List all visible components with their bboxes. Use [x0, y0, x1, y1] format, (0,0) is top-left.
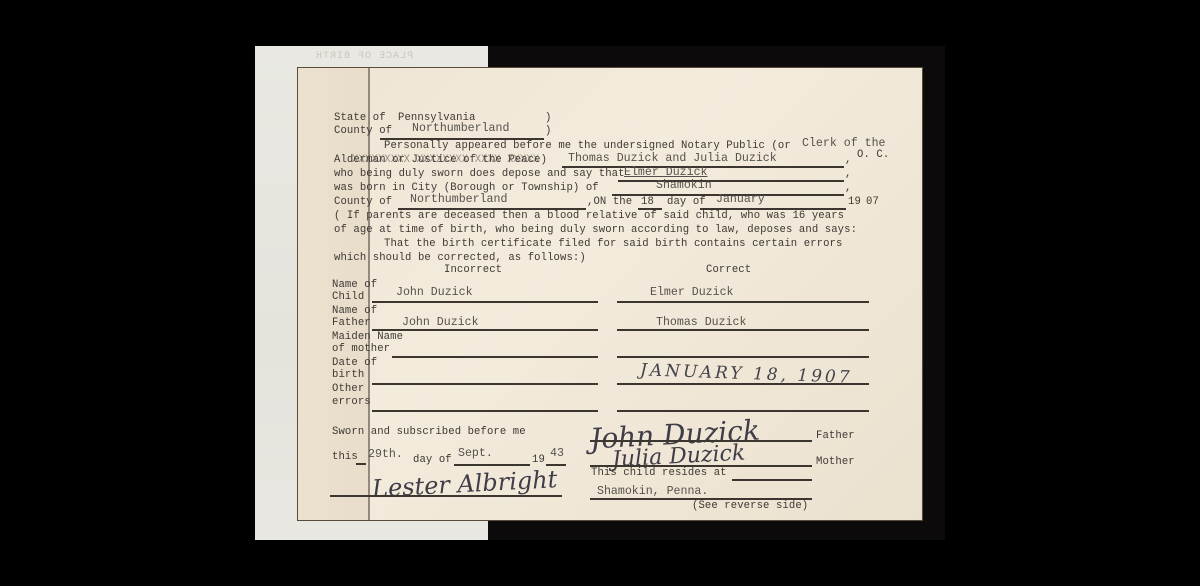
- birth-month: January: [716, 193, 765, 206]
- correct-underline: [617, 356, 869, 358]
- father-label: Father: [816, 430, 855, 442]
- mother-label: Mother: [816, 456, 855, 468]
- year-prefix: 19: [848, 196, 861, 208]
- deponents-names: Thomas Duzick and Julia Duzick: [568, 152, 777, 165]
- column-header-correct: Correct: [706, 264, 751, 276]
- comma: ,: [845, 154, 851, 166]
- row-label-line-2: errors: [332, 396, 371, 408]
- correct-underline: [617, 383, 869, 385]
- reverse-side-note: (See reverse side): [692, 500, 808, 512]
- row-label-line-1: Name of: [332, 279, 377, 291]
- county-value: Northumberland: [412, 122, 509, 135]
- intro-line-9: which should be corrected, as follows:): [334, 252, 586, 264]
- day-of-label: day of: [667, 196, 706, 208]
- intro-line-8: That the birth certificate filed for sai…: [384, 238, 842, 250]
- day-underline: [356, 463, 366, 465]
- row-label-line-2: of mother: [332, 343, 390, 355]
- paren: ): [545, 125, 551, 137]
- birth-year-suffix: 07: [866, 196, 879, 208]
- incorrect-underline: [372, 329, 598, 331]
- intro-line-6: ( If parents are deceased then a blood r…: [334, 210, 844, 222]
- intro-line-1: Personally appeared before me the unders…: [384, 140, 791, 152]
- state-label: State of: [334, 112, 386, 124]
- row-label-line-2: Father: [332, 317, 371, 329]
- row-label-line-1: Maiden Name: [332, 331, 403, 343]
- oc-mark: O. C.: [857, 149, 889, 161]
- incorrect-underline: [372, 383, 598, 385]
- incorrect-underline: [372, 301, 598, 303]
- column-header-incorrect: Incorrect: [444, 264, 502, 276]
- struck-over-text: XXXXXXXXX XXXXXXXX XXXX XXXXX: [352, 154, 539, 166]
- resides-label: This child resides at: [591, 467, 727, 479]
- incorrect-underline: [372, 410, 598, 412]
- correct-father-name: Thomas Duzick: [656, 316, 746, 329]
- intro-line-7: of age at time of birth, who being duly …: [334, 224, 857, 236]
- county-label: County of: [334, 125, 392, 137]
- child-name: Elmer Duzick: [624, 166, 708, 179]
- notary-signature-line: [330, 495, 562, 497]
- on-the-label: ,ON the: [587, 196, 632, 208]
- year-prefix: 19: [532, 454, 545, 466]
- oath-day: 29th.: [368, 448, 403, 461]
- birth-county: Northumberland: [410, 193, 507, 206]
- row-label-line-1: Name of: [332, 305, 377, 317]
- birth-place: Shamokin: [656, 179, 712, 192]
- correct-underline: [617, 301, 869, 303]
- county-label-2: County of: [334, 196, 392, 208]
- residence: Shamokin, Penna.: [597, 485, 708, 498]
- month-underline: [454, 464, 530, 466]
- comma: ,: [845, 182, 851, 194]
- child-name-underline: [618, 180, 844, 182]
- this-label: this: [332, 451, 358, 463]
- correct-underline: [617, 410, 869, 412]
- bleed-through-text: PLACE OF BIRTH: [315, 51, 413, 62]
- birth-day: 18: [641, 196, 654, 208]
- row-label-line-2: birth: [332, 369, 364, 381]
- residence-line-1: [732, 479, 812, 481]
- incorrect-father-name: John Duzick: [402, 316, 479, 329]
- sworn-subscribed-line: Sworn and subscribed before me: [332, 426, 526, 438]
- correct-child-name: Elmer Duzick: [650, 286, 734, 299]
- row-label-line-1: Date of: [332, 357, 377, 369]
- intro-line-3-prefix: who being duly sworn does depose and say…: [334, 168, 625, 180]
- row-label-line-2: Child: [332, 291, 364, 303]
- oath-month: Sept.: [458, 447, 493, 460]
- incorrect-child-name: John Duzick: [396, 286, 473, 299]
- day-of-label: day of: [413, 454, 452, 466]
- incorrect-underline: [392, 356, 598, 358]
- oath-year-suffix: 43: [550, 447, 564, 460]
- father-signature-line: [590, 440, 812, 442]
- correct-underline: [617, 329, 869, 331]
- row-label-line-1: Other: [332, 383, 364, 395]
- comma: ,: [845, 168, 851, 180]
- paren: ): [545, 112, 551, 124]
